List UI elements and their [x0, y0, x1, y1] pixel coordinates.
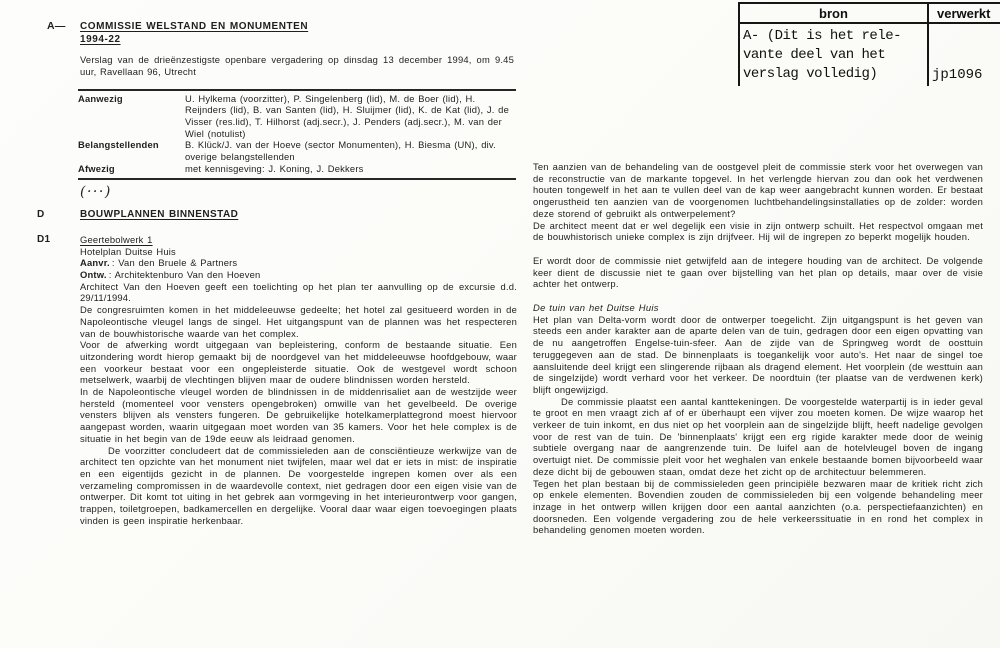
body-paragraph: Er wordt door de commissie niet getwijfe… — [533, 255, 983, 290]
body-paragraph: De architect meent dat er wel degelijk e… — [533, 220, 983, 243]
attendance-row: Afwezig met kennisgeving: J. Koning, J. … — [78, 163, 516, 175]
body-paragraph: In de Napoleontische vleugel worden de b… — [80, 386, 517, 445]
attendance-value: B. Klück/J. van der Hoeve (sector Monume… — [185, 139, 516, 162]
right-column: Ten aanzien van de behandeling van de oo… — [533, 161, 983, 536]
attendance-value: met kennisgeving: J. Koning, J. Dekkers — [185, 163, 516, 175]
stamp-note-line: verslag volledig) — [743, 65, 927, 84]
omission-mark: (···) — [80, 187, 517, 199]
applicant-label: Aanvr. — [80, 257, 110, 268]
scanned-document-page: bron verwerkt A- (Dit is het rele- vante… — [0, 0, 1000, 648]
section-title: BOUWPLANNEN BINNENSTAD — [80, 209, 238, 221]
attendance-row: Aanwezig U. Hylkema (voorzitter), P. Sin… — [78, 93, 516, 140]
stamp-code: jp1096 — [932, 67, 982, 83]
designer-line: Ontw.: Architektenburo Van den Hoeven — [80, 269, 517, 281]
left-column: A— COMMISSIE WELSTAND EN MONUMENTEN 1994… — [35, 21, 517, 527]
body-paragraph: Tegen het plan bestaan bij de commissiel… — [533, 478, 983, 537]
agenda-item-d1: D1 Geertebolwerk 1 Hotelplan Duitse Huis… — [35, 234, 517, 527]
title-block: COMMISSIE WELSTAND EN MONUMENTEN 1994-22 — [80, 21, 308, 46]
subsection-heading: De tuin van het Duitse Huis — [533, 302, 983, 314]
attendance-label: Afwezig — [78, 163, 185, 175]
body-paragraph: Architect Van den Hoeven geeft een toeli… — [80, 281, 517, 304]
item-letter: D1 — [35, 234, 80, 527]
attendance-row: Belangstellenden B. Klück/J. van der Hoe… — [78, 139, 516, 162]
designer-label: Ontw. — [80, 269, 107, 280]
body-paragraph: De congresruimten komen in het middeleeu… — [80, 304, 517, 339]
attendance-table: Aanwezig U. Hylkema (voorzitter), P. Sin… — [78, 89, 516, 180]
designer-value: : Architektenburo Van den Hoeven — [109, 269, 261, 280]
registration-stamp-table: bron verwerkt A- (Dit is het rele- vante… — [738, 2, 1000, 86]
stamp-header-bron: bron — [740, 4, 929, 22]
stamp-header-verwerkt: verwerkt — [929, 4, 1000, 22]
stamp-note-line: A- (Dit is het rele- — [743, 27, 927, 46]
attendance-label: Aanwezig — [78, 93, 185, 140]
section-d: D BOUWPLANNEN BINNENSTAD — [35, 209, 517, 221]
applicant-line: Aanvr.: Van den Bruele & Partners — [80, 257, 517, 269]
body-paragraph: Het plan van Delta-vorm wordt door de on… — [533, 314, 983, 396]
stamp-table-body: A- (Dit is het rele- vante deel van het … — [738, 24, 1000, 86]
margin-mark-a: A— — [35, 21, 80, 46]
stamp-table-header: bron verwerkt — [738, 2, 1000, 24]
section-letter: D — [35, 209, 80, 221]
body-paragraph: De voorzitter concludeert dat de commiss… — [80, 445, 517, 527]
stamp-bron-note: A- (Dit is het rele- vante deel van het … — [740, 24, 929, 86]
attendance-label: Belangstellenden — [78, 139, 185, 162]
document-number: 1994-22 — [80, 34, 308, 47]
body-paragraph: Voor de afwerking wordt uitgegaan van be… — [80, 339, 517, 386]
body-paragraph: De commissie plaatst een aantal kantteke… — [533, 396, 983, 478]
body-paragraph: Ten aanzien van de behandeling van de oo… — [533, 161, 983, 220]
applicant-value: : Van den Bruele & Partners — [112, 257, 237, 268]
meeting-info: Verslag van de drieënzestigste openbare … — [80, 54, 514, 77]
document-title: COMMISSIE WELSTAND EN MONUMENTEN — [80, 21, 308, 34]
attendance-value: U. Hylkema (voorzitter), P. Singelenberg… — [185, 93, 516, 140]
item-body: Geertebolwerk 1 Hotelplan Duitse Huis Aa… — [80, 234, 517, 527]
stamp-verwerkt-cell: jp1096 — [929, 24, 1000, 86]
stamp-note-line: vante deel van het — [743, 46, 927, 65]
item-subtitle: Hotelplan Duitse Huis — [80, 246, 517, 258]
item-title: Geertebolwerk 1 — [80, 234, 517, 246]
document-header: A— COMMISSIE WELSTAND EN MONUMENTEN 1994… — [35, 21, 517, 46]
